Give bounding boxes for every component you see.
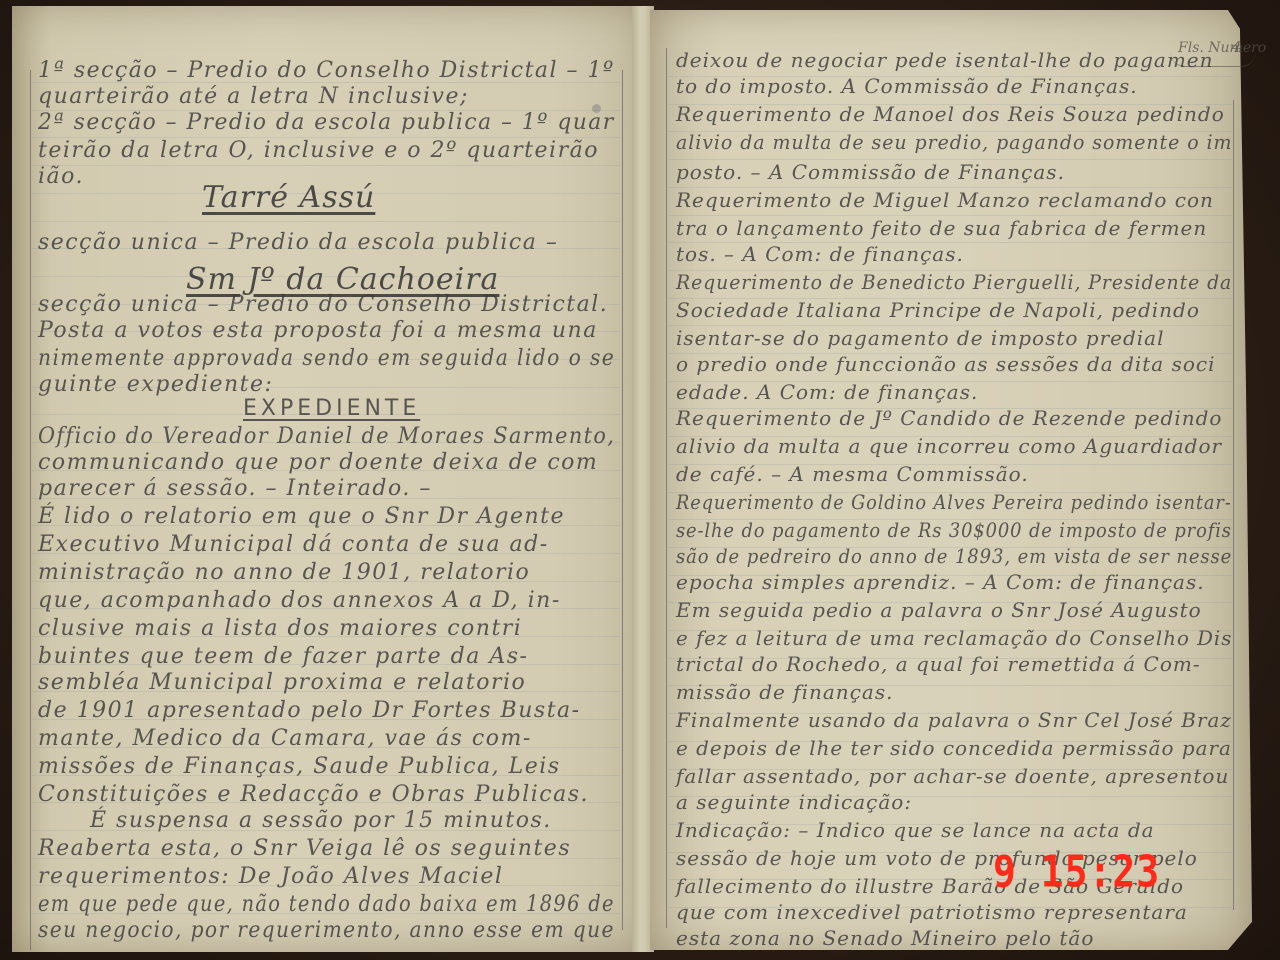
right-page-line: fallar assentado, por achar-se doente, a… [676,764,1229,788]
left-page-line: ião. [38,164,84,189]
left-page-line: que, acompanhado dos annexos A a D, in- [38,588,561,613]
left-page-line: missões de Finanças, Saude Publica, Leis [38,754,561,779]
left-page-line: 1ª secção – Predio do Conselho Districta… [38,58,615,83]
camera-timestamp-overlay: 9 15:23 [993,846,1160,897]
left-page-line: communicando que por doente deixa de com [38,450,598,475]
left-page-line: Reaberta esta, o Snr Veiga lê os seguint… [38,836,571,861]
right-page-line: trictal do Rochedo, a qual foi remettida… [676,652,1201,676]
right-page-line: missão de finanças. [676,680,893,704]
left-page-line: quarteirão até a letra N inclusive; [38,84,469,109]
left-page-line: guinte expediente: [38,372,273,397]
right-page-line: Em seguida pedio a palavra o Snr José Au… [676,598,1202,622]
right-page-line: o predio onde funccionão as sessões da d… [676,352,1216,376]
ruled-line [32,221,620,222]
right-page-line: Indicação: – Indico que se lance na acta… [676,818,1155,842]
left-page-line: em que pede que, não tendo dado baixa em… [38,892,615,917]
right-page-line: Sociedade Italiana Principe de Napoli, p… [676,298,1200,322]
left-page-line: Tarré Assú [202,180,375,215]
right-page-line: Requerimento de Jº Candido de Rezende pe… [676,406,1222,430]
right-page-line: e fez a leitura de uma reclamação do Con… [676,626,1232,650]
left-page-line: ministração no anno de 1901, relatorio [38,560,530,585]
right-page-line: isentar-se do pagamento de imposto predi… [676,326,1165,350]
right-page-line: se-lhe do pagamento de Rs 30$000 de impo… [676,518,1232,542]
left-page-line: requerimentos: De João Alves Maciel [38,864,503,889]
left-page-line: secção unica – Predio da escola publica … [38,230,558,255]
left-page-line: buintes que teem de fazer parte da As- [38,644,528,669]
left-page-left-margin-line [30,70,31,950]
right-page-left-margin-line [666,48,667,928]
right-page-line: são de pedreiro do anno de 1893, em vist… [676,544,1232,568]
left-page-line: É suspensa a sessão por 15 minutos. [90,808,552,833]
left-page-right-margin-line [622,70,623,930]
right-page-line: Requerimento de Miguel Manzo reclamando … [676,188,1214,212]
left-page-line: EXPEDIENTE [243,396,420,421]
right-page-line: e depois de lhe ter sido concedida permi… [676,736,1232,760]
right-page-line: tra o lançamento feito de sua fabrica de… [676,216,1207,240]
right-page-line: tos. – A Com: de finanças. [676,242,964,266]
right-page-line: Finalmente usando da palavra o Snr Cel J… [676,708,1232,732]
left-page-line: Executivo Municipal dá conta de sua ad- [38,532,549,557]
left-page-line: clusive mais a lista dos maiores contri [38,616,522,641]
right-page-line: que com inexcedivel patriotismo represen… [676,900,1188,924]
page-number: 4 [1232,38,1242,56]
right-page-right-margin-line [1233,100,1234,910]
right-page-line: posto. – A Commissão de Finanças. [676,160,1065,184]
left-page-line: teirão da letra O, inclusive e o 2º quar… [38,138,599,163]
right-page-line: alivio da multa a que incorreu como Agua… [676,434,1222,458]
left-page-line: É lido o relatorio em que o Snr Dr Agent… [38,504,565,529]
left-page-line: Constituições e Redacção e Obras Publica… [38,782,589,807]
left-page-line: mante, Medico da Camara, vae ás com- [38,726,532,751]
right-page-line: de café. – A mesma Commissão. [676,462,1029,486]
right-page-line: to do imposto. A Commissão de Finanças. [676,74,1138,98]
left-page-line: Officio do Vereador Daniel de Moraes Sar… [38,424,615,449]
left-page-line: secção unica – Predio do Conselho Distri… [38,292,608,317]
left-page-line: nimemente approvada sendo em seguida lid… [38,346,615,371]
left-page-line: Posta a votos esta proposta foi a mesma … [38,318,598,343]
left-page-line: parecer á sessão. – Inteirado. – [38,476,432,501]
left-page-line: sembléa Municipal proxima e relatorio [38,670,526,695]
right-page-line: edade. A Com: de finanças. [676,380,978,404]
right-page-line: esta zona no Senado Mineiro pelo tão [676,926,1094,950]
left-page-line: 2ª secção – Predio da escola publica – 1… [38,110,615,135]
left-page-line: de 1901 apresentado pelo Dr Fortes Busta… [38,698,581,723]
right-page-line: deixou de negociar pede isental-lhe do p… [676,48,1214,72]
right-page-line: Requerimento de Benedicto Pierguelli, Pr… [676,270,1232,294]
right-page-line: Requerimento de Manoel dos Reis Souza pe… [676,102,1225,126]
right-page-line: a seguinte indicação: [676,790,912,814]
right-page-line: epocha simples aprendiz. – A Com: de fin… [676,570,1205,594]
right-page-line: Requerimento de Goldino Alves Pereira pe… [676,490,1232,514]
ruled-line [32,165,620,166]
left-page-line: seu negocio, por requerimento, anno esse… [38,918,615,943]
right-page-line: alivio da multa de seu predio, pagando s… [676,130,1232,154]
